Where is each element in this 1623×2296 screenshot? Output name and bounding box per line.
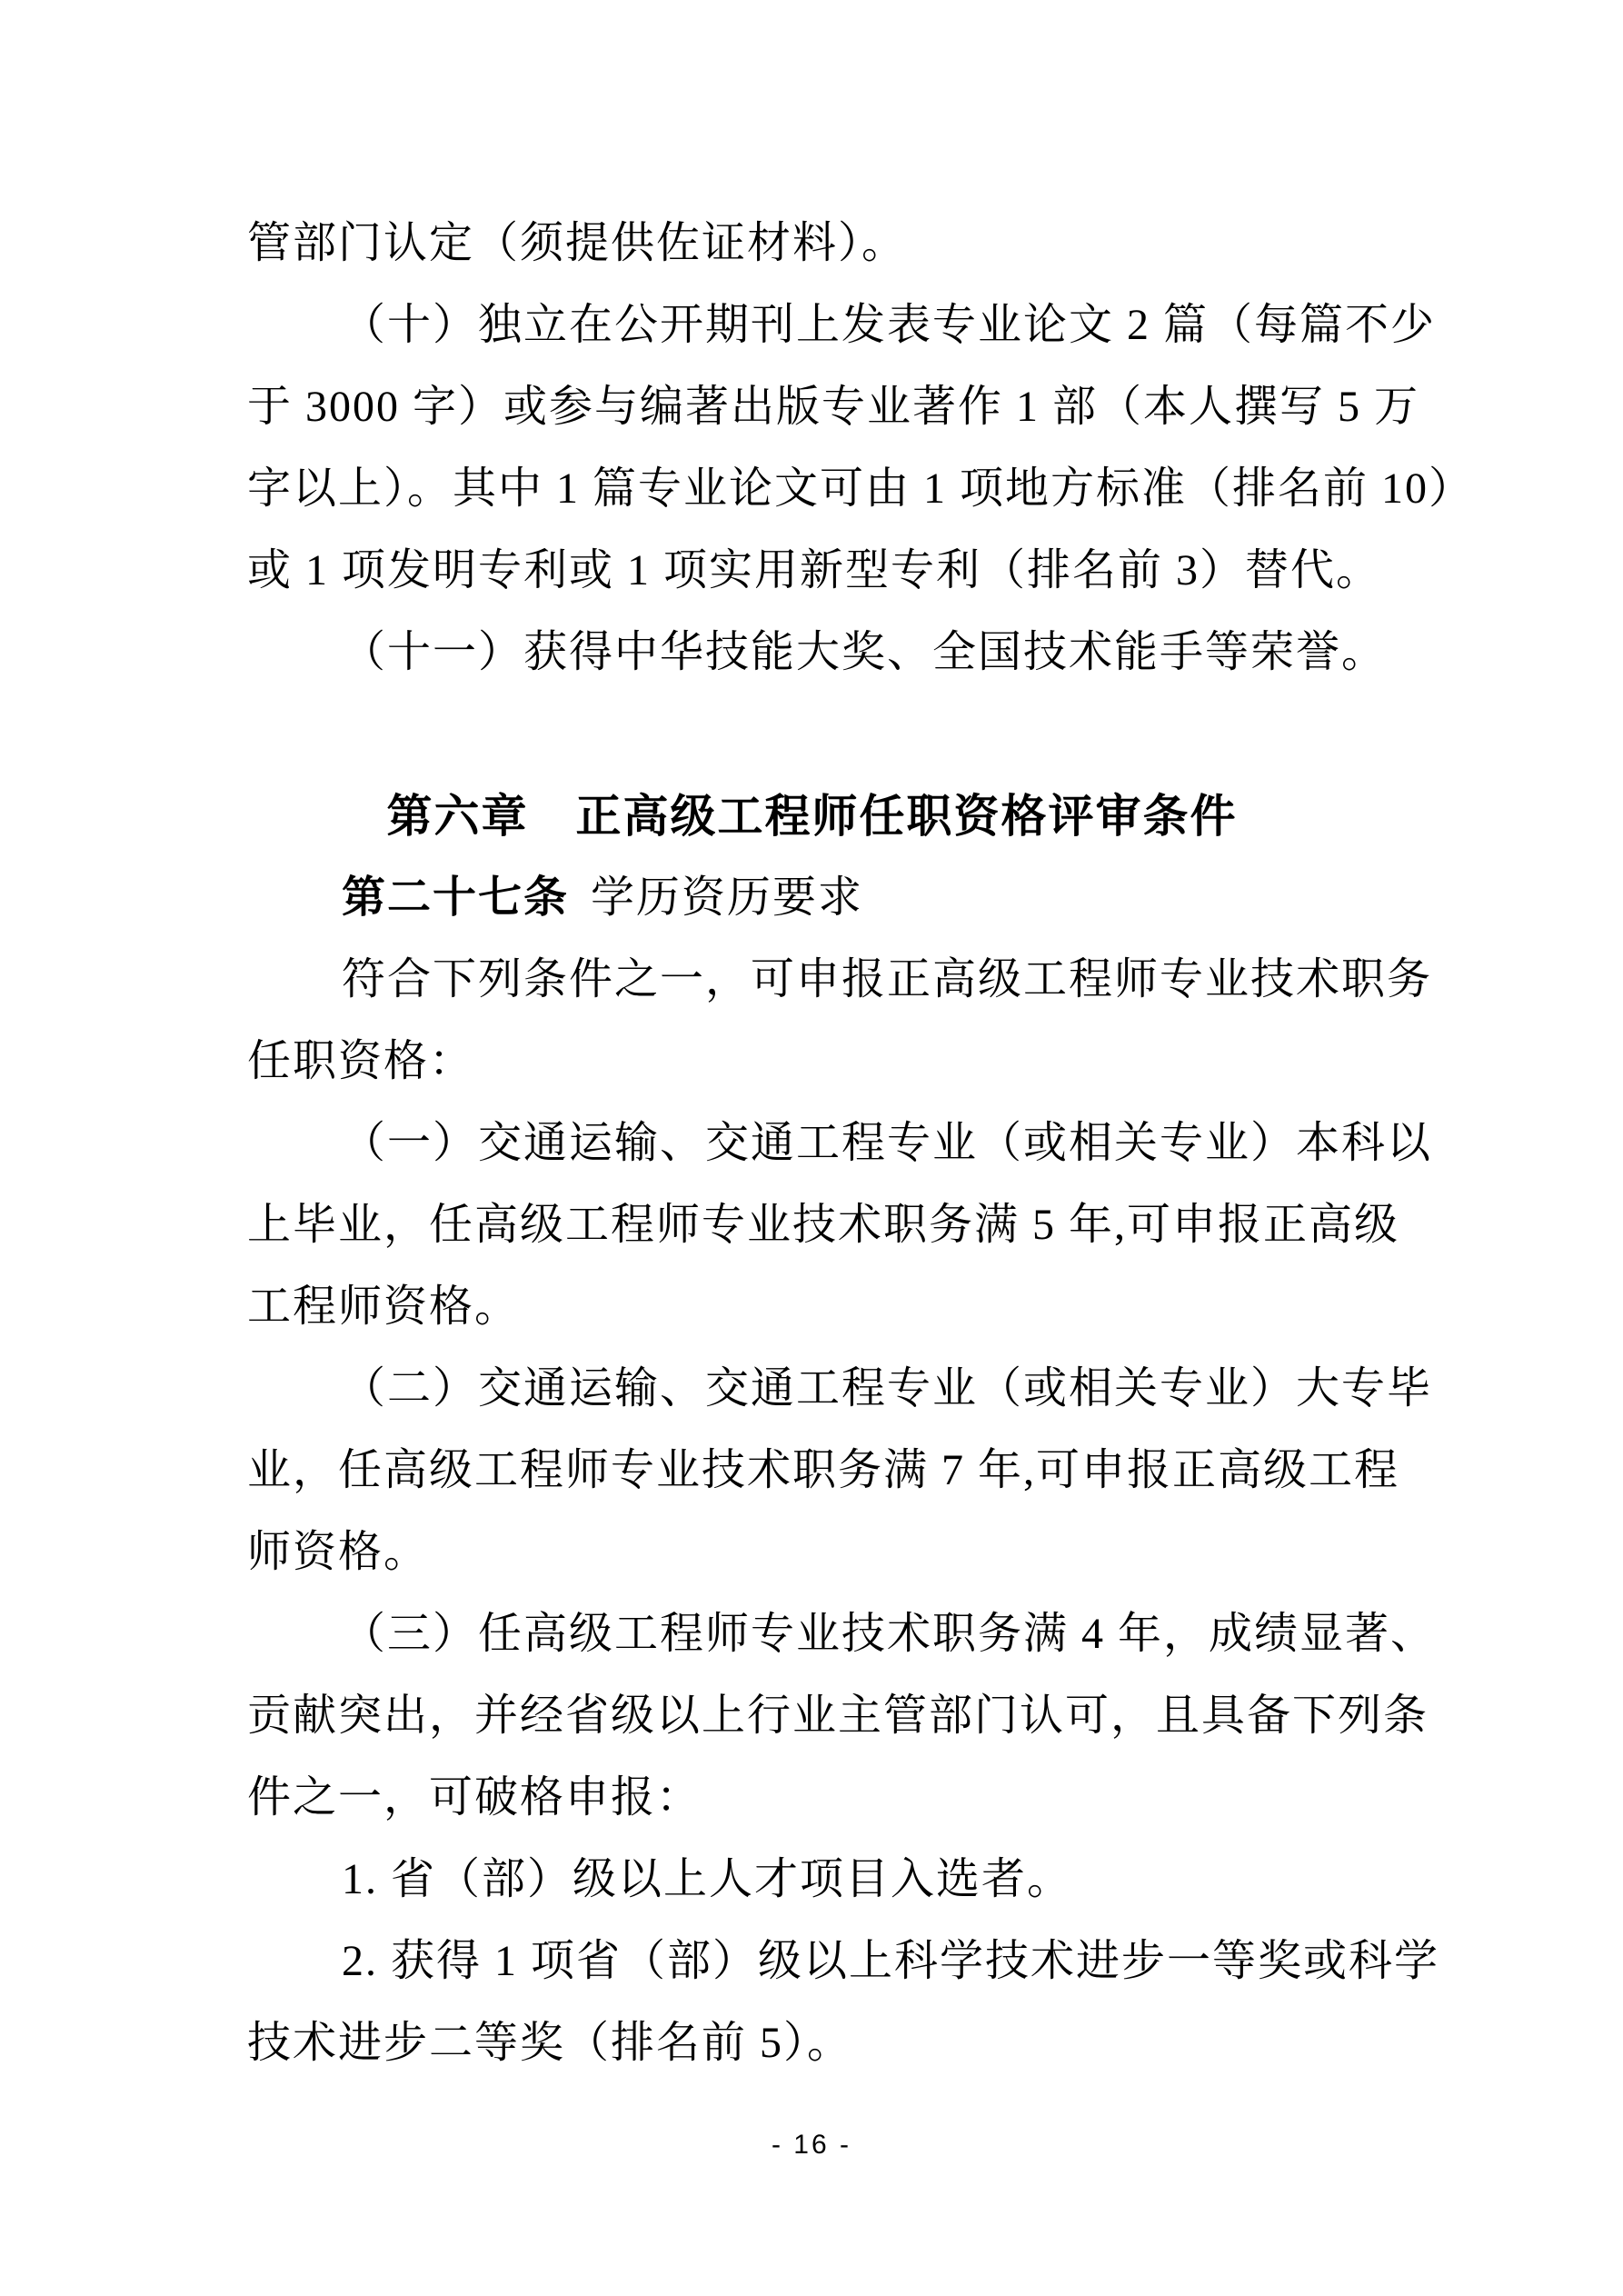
text-line: 技术进步二等奖（排名前 5）。 — [247, 2002, 1377, 2084]
text-line: 上毕业，任高级工程师专业技术职务满 5 年,可申报正高级 — [247, 1184, 1377, 1266]
text-line: 师资格。 — [247, 1512, 1377, 1593]
text-line: 业，任高级工程师专业技术职务满 7 年,可申报正高级工程 — [247, 1430, 1377, 1512]
text-line: 符合下列条件之一，可申报正高级工程师专业技术职务 — [247, 939, 1377, 1021]
text-line: 于 3000 字）或参与编著出版专业著作 1 部（本人撰写 5 万 — [247, 366, 1377, 448]
blank-line — [247, 694, 1377, 775]
article-number: 第二十七条 — [342, 873, 569, 922]
article-title: 学历资历要求 — [591, 873, 863, 922]
document-body: 管部门认定（须提供佐证材料）。 （十）独立在公开期刊上发表专业论文 2 篇（每篇… — [247, 203, 1377, 2084]
text-line: 管部门认定（须提供佐证材料）。 — [247, 203, 1377, 285]
document-page: 管部门认定（须提供佐证材料）。 （十）独立在公开期刊上发表专业论文 2 篇（每篇… — [0, 0, 1623, 2296]
text-line: （十）独立在公开期刊上发表专业论文 2 篇（每篇不少 — [247, 285, 1377, 366]
page-number: - 16 - — [0, 2123, 1623, 2167]
text-line: 1. 省（部）级以上人才项目入选者。 — [247, 1839, 1377, 1921]
article-line: 第二十七条学历资历要求 — [247, 857, 1377, 939]
text-line: （十一）获得中华技能大奖、全国技术能手等荣誉。 — [247, 612, 1377, 694]
text-line: （三）任高级工程师专业技术职务满 4 年，成绩显著、 — [247, 1593, 1377, 1675]
chapter-heading: 第六章 正高级工程师任职资格评审条件 — [247, 775, 1377, 857]
text-line: 件之一，可破格申报： — [247, 1757, 1377, 1839]
text-line: 或 1 项发明专利或 1 项实用新型专利（排名前 3）替代。 — [247, 530, 1377, 612]
text-line: 字以上）。其中 1 篇专业论文可由 1 项地方标准（排名前 10） — [247, 448, 1377, 530]
text-line: （一）交通运输、交通工程专业（或相关专业）本科以 — [247, 1103, 1377, 1184]
text-line: 任职资格： — [247, 1021, 1377, 1103]
text-line: 工程师资格。 — [247, 1266, 1377, 1348]
text-line: 贡献突出，并经省级以上行业主管部门认可，且具备下列条 — [247, 1675, 1377, 1757]
text-line: （二）交通运输、交通工程专业（或相关专业）大专毕 — [247, 1348, 1377, 1430]
text-line: 2. 获得 1 项省（部）级以上科学技术进步一等奖或科学 — [247, 1921, 1377, 2002]
